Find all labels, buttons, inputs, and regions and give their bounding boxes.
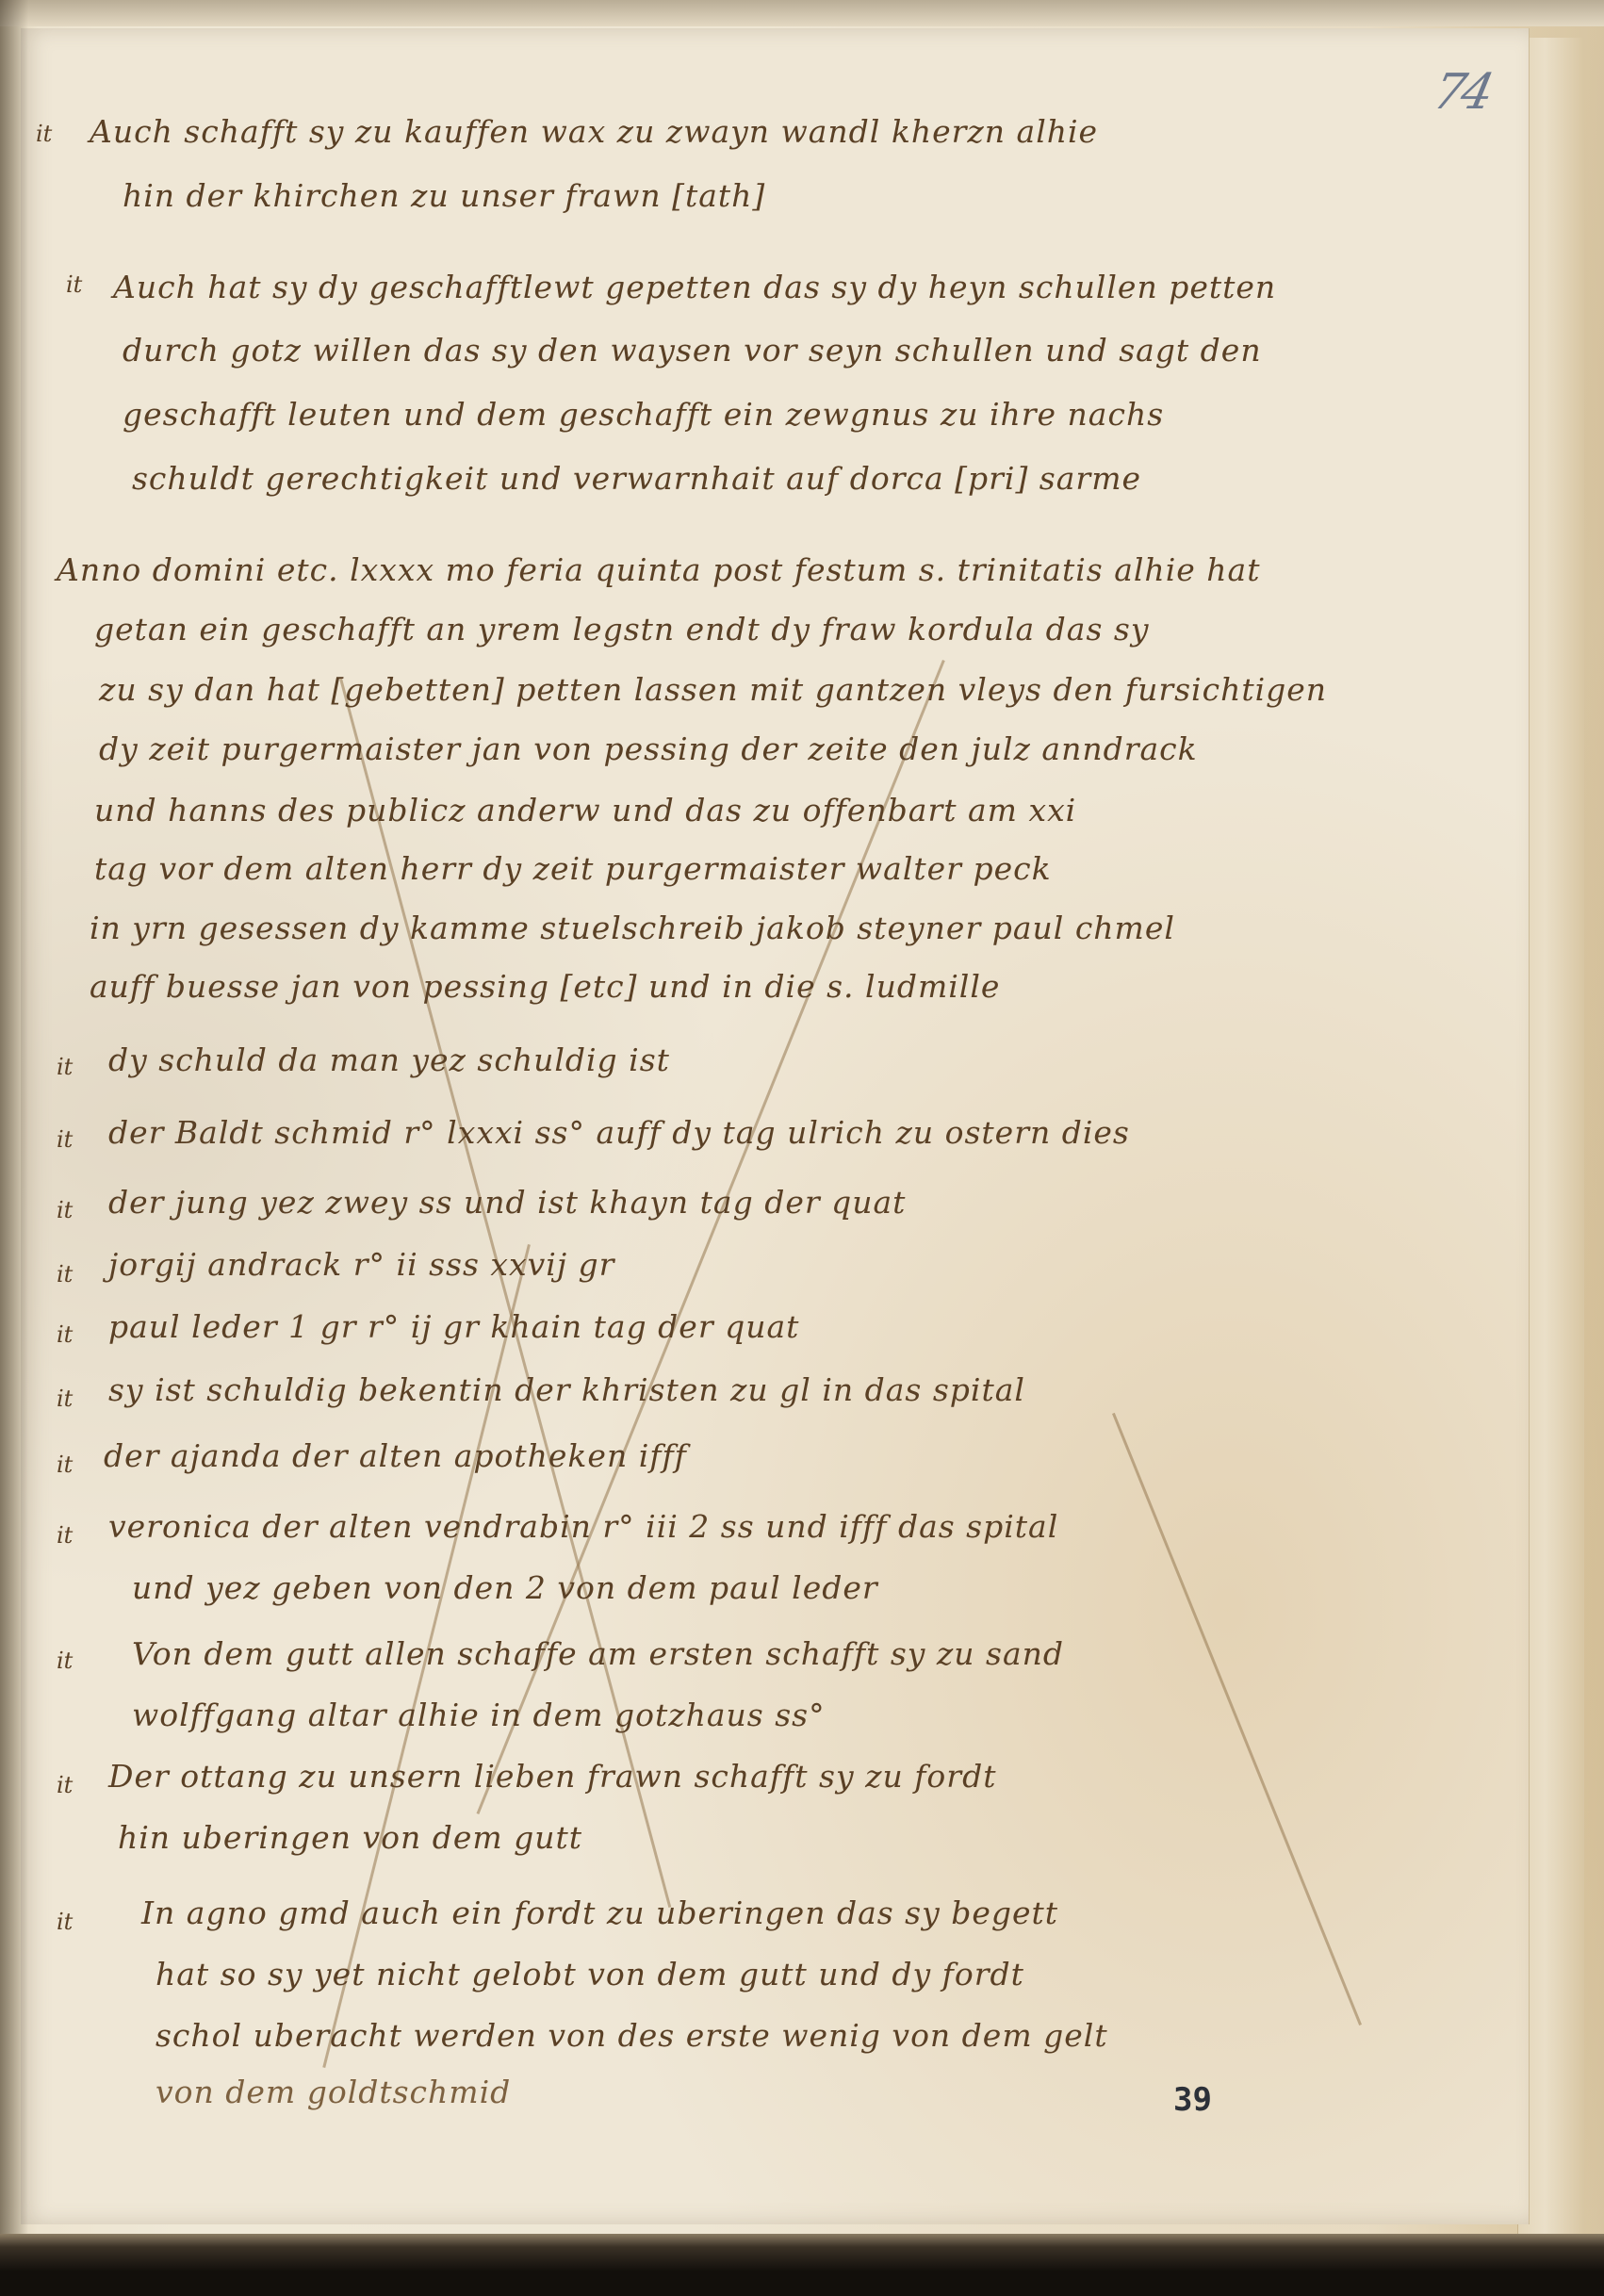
text-line: tag vor dem alten herr dy zeit purgermai… [94, 850, 1052, 887]
text-line: veronica der alten vendrabin r° iii 2 ss… [108, 1508, 1058, 1545]
item-marker: it [57, 1197, 73, 1223]
text-line: Auch schafft sy zu kauffen wax zu zwayn … [90, 113, 1098, 150]
text-line: Anno domini etc. lxxxx mo feria quinta p… [57, 551, 1260, 588]
text-line: durch gotz willen das sy den waysen vor … [123, 332, 1262, 369]
text-line: Auch hat sy dy geschafftlewt gepetten da… [113, 269, 1276, 305]
text-line: hin uberingen von dem gutt [118, 1819, 582, 1856]
text-line: der ajanda der alten apotheken ifff [104, 1437, 687, 1474]
text-line: getan ein geschafft an yrem legstn endt … [94, 611, 1149, 648]
text-line: dy schuld da man yez schuldig ist [108, 1041, 670, 1078]
item-marker: it [57, 1054, 73, 1080]
text-line: hat so sy yet nicht gelobt von dem gutt … [155, 1956, 1024, 1993]
text-line: dy zeit purgermaister jan von pessing de… [99, 730, 1198, 767]
item-marker: it [57, 1451, 73, 1478]
text-line: sy ist schuldig bekentin der khristen zu… [108, 1371, 1025, 1408]
item-marker: it [57, 1261, 73, 1287]
item-marker: it [57, 1321, 73, 1348]
item-marker: it [57, 1386, 73, 1412]
item-marker: it [57, 1126, 73, 1153]
text-line: paul leder 1 gr r° ij gr khain tag der q… [108, 1308, 799, 1345]
text-line: und hanns des publicz anderw und das zu … [94, 792, 1076, 828]
text-line: schuldt gerechtigkeit und verwarnhait au… [132, 460, 1141, 497]
text-line: wolffgang altar alhie in dem gotzhaus ss… [132, 1697, 826, 1733]
text-line: der Baldt schmid r° lxxxi ss° auff dy ta… [108, 1114, 1130, 1151]
item-marker: it [57, 1909, 73, 1935]
text-line: der jung yez zwey ss und ist khayn tag d… [108, 1184, 906, 1221]
item-marker: it [66, 271, 82, 298]
item-marker: it [57, 1648, 73, 1674]
text-line: In agno gmd auch ein fordt zu uberingen … [141, 1894, 1058, 1931]
text-line: Von dem gutt allen schaffe am ersten sch… [132, 1635, 1064, 1672]
text-line: jorgij andrack r° ii sss xxvij gr [108, 1246, 614, 1283]
item-marker: it [57, 1772, 73, 1798]
text-line: und yez geben von den 2 von dem paul led… [132, 1569, 878, 1606]
text-line: von dem goldtschmid [155, 2074, 511, 2110]
text-line: zu sy dan hat [gebetten] petten lassen m… [99, 671, 1327, 708]
text-line: auff buesse jan von pessing [etc] und in… [90, 968, 1000, 1005]
text-line: in yrn gesessen dy kamme stuelschreib ja… [90, 910, 1175, 946]
item-marker: it [36, 121, 52, 147]
text-line: hin der khirchen zu unser frawn [tath] [123, 177, 765, 214]
text-line: Der ottang zu unsern lieben frawn schaff… [108, 1758, 996, 1795]
manuscript-text: it Auch schafft sy zu kauffen wax zu zwa… [0, 0, 1604, 2296]
text-line: schol uberacht werden von des erste weni… [155, 2017, 1108, 2054]
text-line: geschafft leuten und dem geschafft ein z… [123, 396, 1164, 433]
item-marker: it [57, 1522, 73, 1549]
